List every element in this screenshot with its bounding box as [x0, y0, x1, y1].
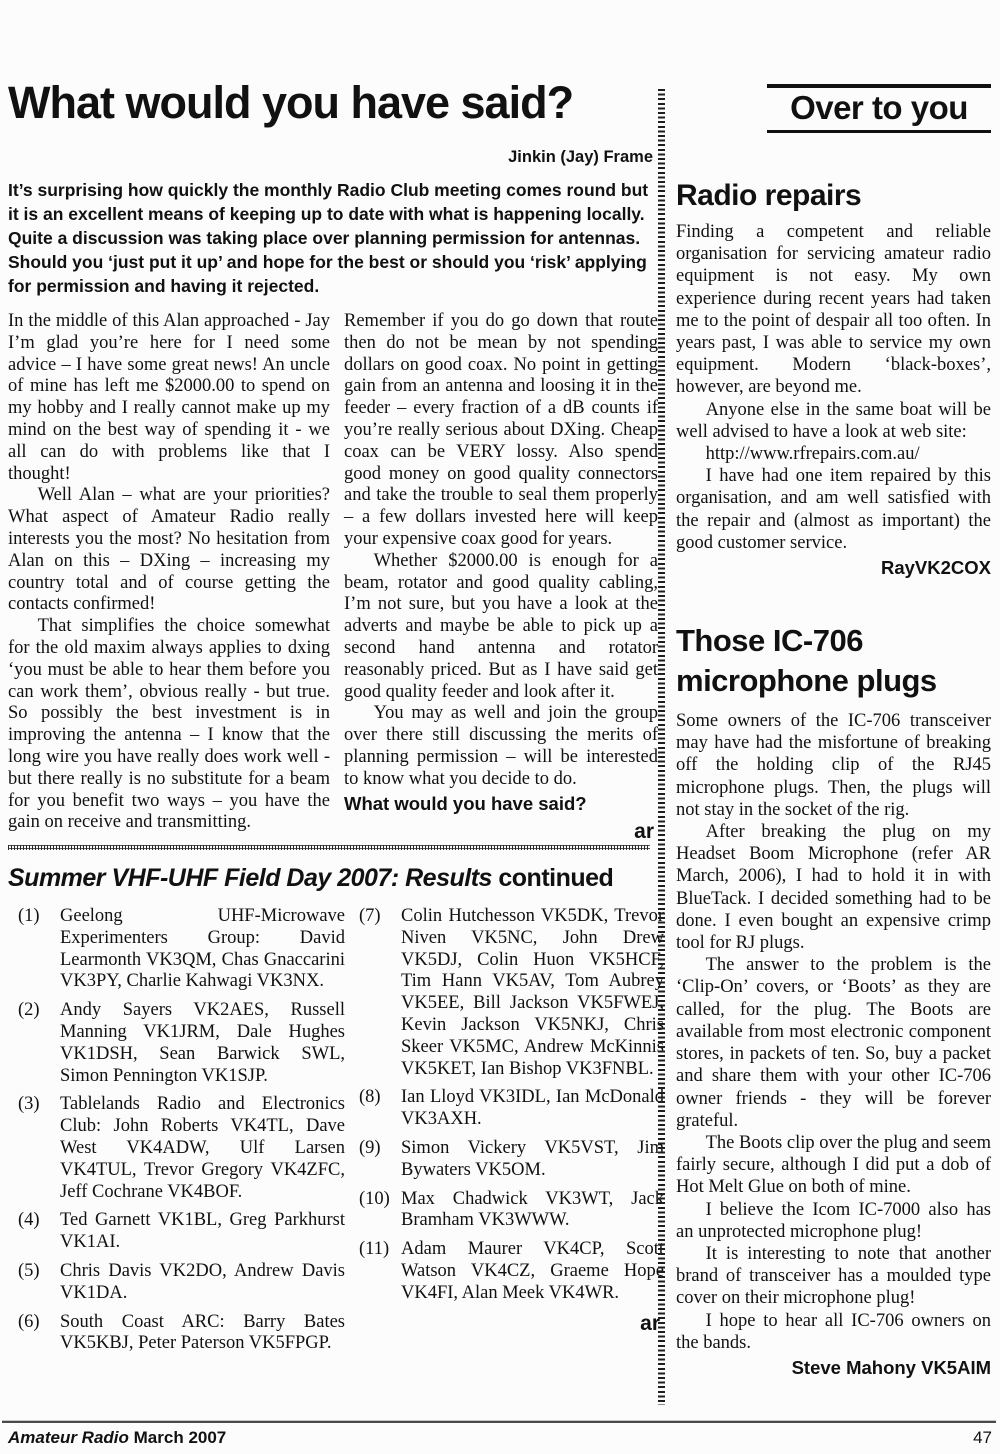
results-column-2: (7)Colin Hutchesson VK5DK, Trevor Niven …	[359, 906, 664, 1362]
list-item: (2)Andy Sayers VK2AES, Russell Manning V…	[18, 1000, 345, 1087]
magazine-page: What would you have said? Jinkin (Jay) F…	[0, 0, 1000, 1454]
author-signature: Steve Mahony VK5AIM	[676, 1357, 991, 1379]
paragraph: That simplifies the choice somewhat for …	[8, 616, 330, 834]
article-closing-line: What would you have said?	[344, 793, 658, 815]
paragraph: Well Alan – what are your priorities? Wh…	[8, 485, 330, 616]
item-number: (4)	[18, 1210, 60, 1254]
item-number: (3)	[18, 1094, 60, 1203]
article-title: What would you have said?	[8, 78, 658, 128]
item-number: (2)	[18, 1000, 60, 1087]
list-item: (7)Colin Hutchesson VK5DK, Trevor Niven …	[359, 906, 664, 1080]
paragraph: After breaking the plug on my Headset Bo…	[676, 821, 991, 954]
article-byline: Jinkin (Jay) Frame	[8, 148, 653, 167]
item-text: Geelong UHF-Microwave Experimenters Grou…	[60, 906, 345, 993]
list-item: (8)Ian Lloyd VK3IDL, Ian McDonald VK3AXH…	[359, 1087, 664, 1131]
paragraph: The Boots clip over the plug and seem fa…	[676, 1132, 991, 1199]
item-number: (5)	[18, 1261, 60, 1305]
article-columns: In the middle of this Alan approached - …	[8, 311, 658, 847]
over-to-you-banner: Over to you	[767, 84, 991, 133]
paragraph: Remember if you do go down that route th…	[344, 311, 658, 551]
item-text: Ted Garnett VK1BL, Greg Parkhurst VK1AI.	[60, 1210, 345, 1254]
results-heading-continued: continued	[492, 864, 613, 892]
results-columns: (1)Geelong UHF-Microwave Experimenters G…	[18, 906, 664, 1362]
list-item: (5)Chris Davis VK2DO, Andrew Davis VK1DA…	[18, 1261, 345, 1305]
article-column-2: Remember if you do go down that route th…	[344, 311, 658, 847]
list-item: (3)Tablelands Radio and Electronics Club…	[18, 1094, 345, 1203]
results-heading: Summer VHF-UHF Field Day 2007: Results c…	[8, 864, 658, 893]
paragraph: You may as well and join the group over …	[344, 703, 658, 790]
item-number: (10)	[359, 1189, 401, 1233]
item-number: (11)	[359, 1239, 401, 1304]
section-divider	[8, 845, 650, 850]
paragraph: Some owners of the IC-706 transceiver ma…	[676, 710, 991, 821]
web-address-text: http://www.rfrepairs.com.au/	[676, 443, 991, 465]
results-heading-italic: Summer VHF-UHF Field Day 2007: Results	[8, 864, 492, 892]
item-number: (7)	[359, 906, 401, 1080]
item-number: (9)	[359, 1138, 401, 1182]
end-of-results-mark: ar	[359, 1312, 664, 1336]
results-column-1: (1)Geelong UHF-Microwave Experimenters G…	[18, 906, 345, 1362]
item-text: Chris Davis VK2DO, Andrew Davis VK1DA.	[60, 1261, 345, 1305]
paragraph: Anyone else in the same boat will be wel…	[676, 399, 991, 443]
paragraph: Finding a competent and reliable organis…	[676, 221, 991, 399]
list-item: (6)South Coast ARC: Barry Bates VK5KBJ, …	[18, 1312, 345, 1356]
article-intro: It’s surprising how quickly the monthly …	[8, 178, 656, 298]
paragraph: I believe the Icom IC-7000 also has an u…	[676, 1199, 991, 1243]
end-of-article-mark: ar	[344, 820, 658, 844]
footer-rule	[2, 1420, 996, 1423]
author-signature: RayVK2COX	[676, 557, 991, 579]
list-item: (9)Simon Vickery VK5VST, Jim Bywaters VK…	[359, 1138, 664, 1182]
over-to-you-column: Over to you Radio repairs Finding a comp…	[676, 84, 991, 1379]
paragraph: I hope to hear all IC-706 owners on the …	[676, 1310, 991, 1354]
page-footer: Amateur Radio March 2007 47	[8, 1428, 992, 1448]
item-number: (8)	[359, 1087, 401, 1131]
item-text: Max Chadwick VK3WT, Jack Bramham VK3WWW.	[401, 1189, 664, 1233]
section-heading-ic706-plugs: Those IC-706 microphone plugs	[676, 621, 991, 701]
paragraph: The answer to the problem is the ‘Clip-O…	[676, 954, 991, 1132]
item-number: (6)	[18, 1312, 60, 1356]
item-text: Adam Maurer VK4CP, Scott Watson VK4CZ, G…	[401, 1239, 664, 1304]
item-text: Ian Lloyd VK3IDL, Ian McDonald VK3AXH.	[401, 1087, 664, 1131]
journal-issue-label: Amateur Radio March 2007	[8, 1428, 226, 1448]
item-text: South Coast ARC: Barry Bates VK5KBJ, Pet…	[60, 1312, 345, 1356]
paragraph: In the middle of this Alan approached - …	[8, 311, 330, 485]
paragraph: Whether $2000.00 is enough for a beam, r…	[344, 551, 658, 704]
list-item: (1)Geelong UHF-Microwave Experimenters G…	[18, 906, 345, 993]
paragraph: It is interesting to note that another b…	[676, 1243, 991, 1310]
item-text: Andy Sayers VK2AES, Russell Manning VK1J…	[60, 1000, 345, 1087]
list-item: (11)Adam Maurer VK4CP, Scott Watson VK4C…	[359, 1239, 664, 1304]
list-item: (10)Max Chadwick VK3WT, Jack Bramham VK3…	[359, 1189, 664, 1233]
section-heading-radio-repairs: Radio repairs	[676, 179, 991, 213]
paragraph: I have had one item repaired by this org…	[676, 465, 991, 554]
item-number: (1)	[18, 906, 60, 993]
page-number: 47	[973, 1428, 992, 1448]
item-text: Simon Vickery VK5VST, Jim Bywaters VK5OM…	[401, 1138, 664, 1182]
article-column-1: In the middle of this Alan approached - …	[8, 311, 330, 847]
item-text: Tablelands Radio and Electronics Club: J…	[60, 1094, 345, 1203]
list-item: (4)Ted Garnett VK1BL, Greg Parkhurst VK1…	[18, 1210, 345, 1254]
issue-date: March 2007	[129, 1428, 226, 1447]
item-text: Colin Hutchesson VK5DK, Trevor Niven VK5…	[401, 906, 664, 1080]
column-rule	[658, 89, 665, 1405]
journal-name: Amateur Radio	[8, 1428, 129, 1447]
